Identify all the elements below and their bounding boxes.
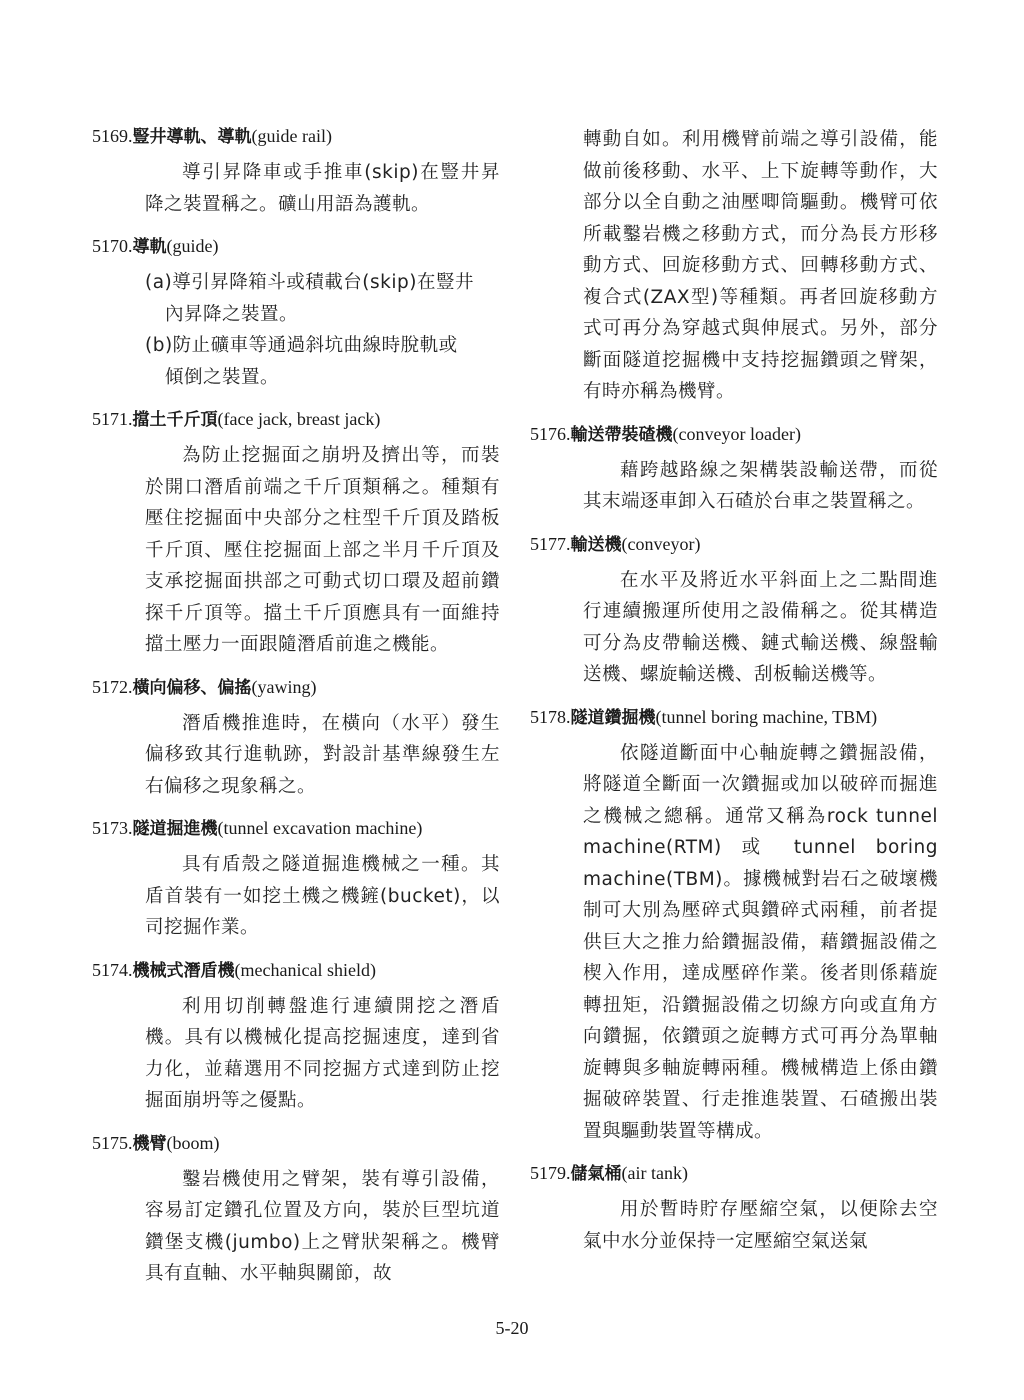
term-chinese: 擋土千斤頂	[133, 410, 218, 430]
term-english: (tunnel boring machine, TBM)	[656, 707, 878, 727]
entry-body: 轉動自如。利用機臂前端之導引設備，能做前後移動、水平、上下旋轉等動作，大部分以全…	[583, 124, 938, 408]
entry-heading: 5174.機械式潛盾機(mechanical shield)	[92, 958, 512, 983]
list-item-line: 內昇降之裝置。	[145, 299, 500, 331]
entry-5170: 5170.導軌(guide) (a)導引昇降箱斗或積載台(skip)在豎井 內昇…	[92, 234, 512, 393]
list-item-line: (b)防止礦車等通過斜坑曲線時脫軌或	[145, 330, 500, 362]
entry-5176: 5176.輸送帶裝碴機(conveyor loader) 藉跨越路線之架構裝設輸…	[530, 422, 950, 518]
term-chinese: 機械式潛盾機	[133, 961, 235, 981]
entry-5171: 5171.擋土千斤頂(face jack, breast jack) 為防止挖掘…	[92, 407, 512, 661]
entry-heading: 5170.導軌(guide)	[92, 234, 512, 259]
entry-body: 鑿岩機使用之臂架，裝有導引設備，容易訂定鑽孔位置及方向，裝於巨型坑道鑽堡支機(j…	[145, 1164, 500, 1290]
term-english: (guide)	[167, 236, 219, 256]
entry-number: 5179.	[530, 1163, 571, 1183]
term-english: (boom)	[167, 1133, 220, 1153]
entry-body: 藉跨越路線之架構裝設輸送帶，而從其末端逐車卸入石碴於台車之裝置稱之。	[583, 455, 938, 518]
entry-heading: 5169.豎井導軌、導軌(guide rail)	[92, 124, 512, 149]
left-column: 5169.豎井導軌、導軌(guide rail) 導引昇降車或手推車(skip)…	[92, 124, 512, 1290]
entry-number: 5171.	[92, 409, 133, 429]
entry-heading: 5175.機臂(boom)	[92, 1131, 512, 1156]
list-item-line: 傾倒之裝置。	[145, 362, 500, 394]
page-number: 5-20	[0, 1318, 1024, 1339]
term-chinese: 儲氣桶	[571, 1164, 622, 1184]
entry-5178: 5178.隧道鑽掘機(tunnel boring machine, TBM) 依…	[530, 705, 950, 1148]
list-item-b: (b)防止礦車等通過斜坑曲線時脫軌或 傾倒之裝置。	[145, 330, 500, 393]
entry-heading: 5176.輸送帶裝碴機(conveyor loader)	[530, 422, 950, 447]
entry-number: 5177.	[530, 534, 571, 554]
term-english: (guide rail)	[252, 126, 332, 146]
term-english: (mechanical shield)	[235, 960, 376, 980]
term-english: (conveyor loader)	[673, 424, 801, 444]
entry-5172: 5172.橫向偏移、偏搖(yawing) 潛盾機推進時，在橫向（水平）發生偏移致…	[92, 675, 512, 803]
term-english: (conveyor)	[622, 534, 701, 554]
entry-heading: 5172.橫向偏移、偏搖(yawing)	[92, 675, 512, 700]
entry-body: 導引昇降車或手推車(skip)在豎井昇降之裝置稱之。礦山用語為護軌。	[145, 157, 500, 220]
entry-body: 具有盾殼之隧道掘進機械之一種。其盾首裝有一如挖土機之機鏟(bucket)，以司挖…	[145, 849, 500, 944]
entry-5174: 5174.機械式潛盾機(mechanical shield) 利用切削轉盤進行連…	[92, 958, 512, 1117]
term-chinese: 隧道掘進機	[133, 819, 218, 839]
entry-heading: 5179.儲氣桶(air tank)	[530, 1161, 950, 1186]
list-item-line: (a)導引昇降箱斗或積載台(skip)在豎井	[145, 267, 500, 299]
entry-body: 用於暫時貯存壓縮空氣，以便除去空氣中水分並保持一定壓縮空氣送氣	[583, 1194, 938, 1257]
term-chinese: 隧道鑽掘機	[571, 708, 656, 728]
term-chinese: 機臂	[133, 1134, 167, 1154]
entry-heading: 5173.隧道掘進機(tunnel excavation machine)	[92, 816, 512, 841]
entry-number: 5178.	[530, 707, 571, 727]
entry-5173: 5173.隧道掘進機(tunnel excavation machine) 具有…	[92, 816, 512, 944]
entry-5175-continued: 轉動自如。利用機臂前端之導引設備，能做前後移動、水平、上下旋轉等動作，大部分以全…	[530, 124, 950, 408]
entry-heading: 5171.擋土千斤頂(face jack, breast jack)	[92, 407, 512, 432]
list-item-a: (a)導引昇降箱斗或積載台(skip)在豎井 內昇降之裝置。	[145, 267, 500, 330]
term-english: (face jack, breast jack)	[218, 409, 381, 429]
entry-number: 5175.	[92, 1133, 133, 1153]
entry-number: 5172.	[92, 677, 133, 697]
term-chinese: 橫向偏移、偏搖	[133, 678, 252, 698]
entry-number: 5170.	[92, 236, 133, 256]
entry-number: 5169.	[92, 126, 133, 146]
entry-body: 依隧道斷面中心軸旋轉之鑽掘設備，將隧道全斷面一次鑽掘或加以破碎而掘進之機械之總稱…	[583, 738, 938, 1148]
entry-5177: 5177.輸送機(conveyor) 在水平及將近水平斜面上之二點間進行連續搬運…	[530, 532, 950, 691]
term-chinese: 輸送帶裝碴機	[571, 425, 673, 445]
entry-body: 利用切削轉盤進行連續開挖之潛盾機。具有以機械化提高挖掘速度，達到省力化，並藉選用…	[145, 991, 500, 1117]
term-english: (tunnel excavation machine)	[218, 818, 423, 838]
entry-5175: 5175.機臂(boom) 鑿岩機使用之臂架，裝有導引設備，容易訂定鑽孔位置及方…	[92, 1131, 512, 1290]
entry-body: 為防止挖掘面之崩坍及擠出等，而裝於開口潛盾前端之千斤頂類稱之。種類有壓住挖掘面中…	[145, 440, 500, 661]
right-column: 轉動自如。利用機臂前端之導引設備，能做前後移動、水平、上下旋轉等動作，大部分以全…	[530, 124, 950, 1257]
term-chinese: 輸送機	[571, 535, 622, 555]
term-english: (yawing)	[252, 677, 317, 697]
entry-5179: 5179.儲氣桶(air tank) 用於暫時貯存壓縮空氣，以便除去空氣中水分並…	[530, 1161, 950, 1257]
term-english: (air tank)	[622, 1163, 688, 1183]
entry-body: 潛盾機推進時，在橫向（水平）發生偏移致其行進軌跡，對設計基準線發生左右偏移之現象…	[145, 708, 500, 803]
term-chinese: 豎井導軌、導軌	[133, 127, 252, 147]
entry-number: 5173.	[92, 818, 133, 838]
entry-body: 在水平及將近水平斜面上之二點間進行連續搬運所使用之設備稱之。從其構造可分為皮帶輸…	[583, 565, 938, 691]
entry-heading: 5177.輸送機(conveyor)	[530, 532, 950, 557]
entry-5169: 5169.豎井導軌、導軌(guide rail) 導引昇降車或手推車(skip)…	[92, 124, 512, 220]
entry-number: 5176.	[530, 424, 571, 444]
entry-number: 5174.	[92, 960, 133, 980]
term-chinese: 導軌	[133, 237, 167, 257]
entry-heading: 5178.隧道鑽掘機(tunnel boring machine, TBM)	[530, 705, 950, 730]
